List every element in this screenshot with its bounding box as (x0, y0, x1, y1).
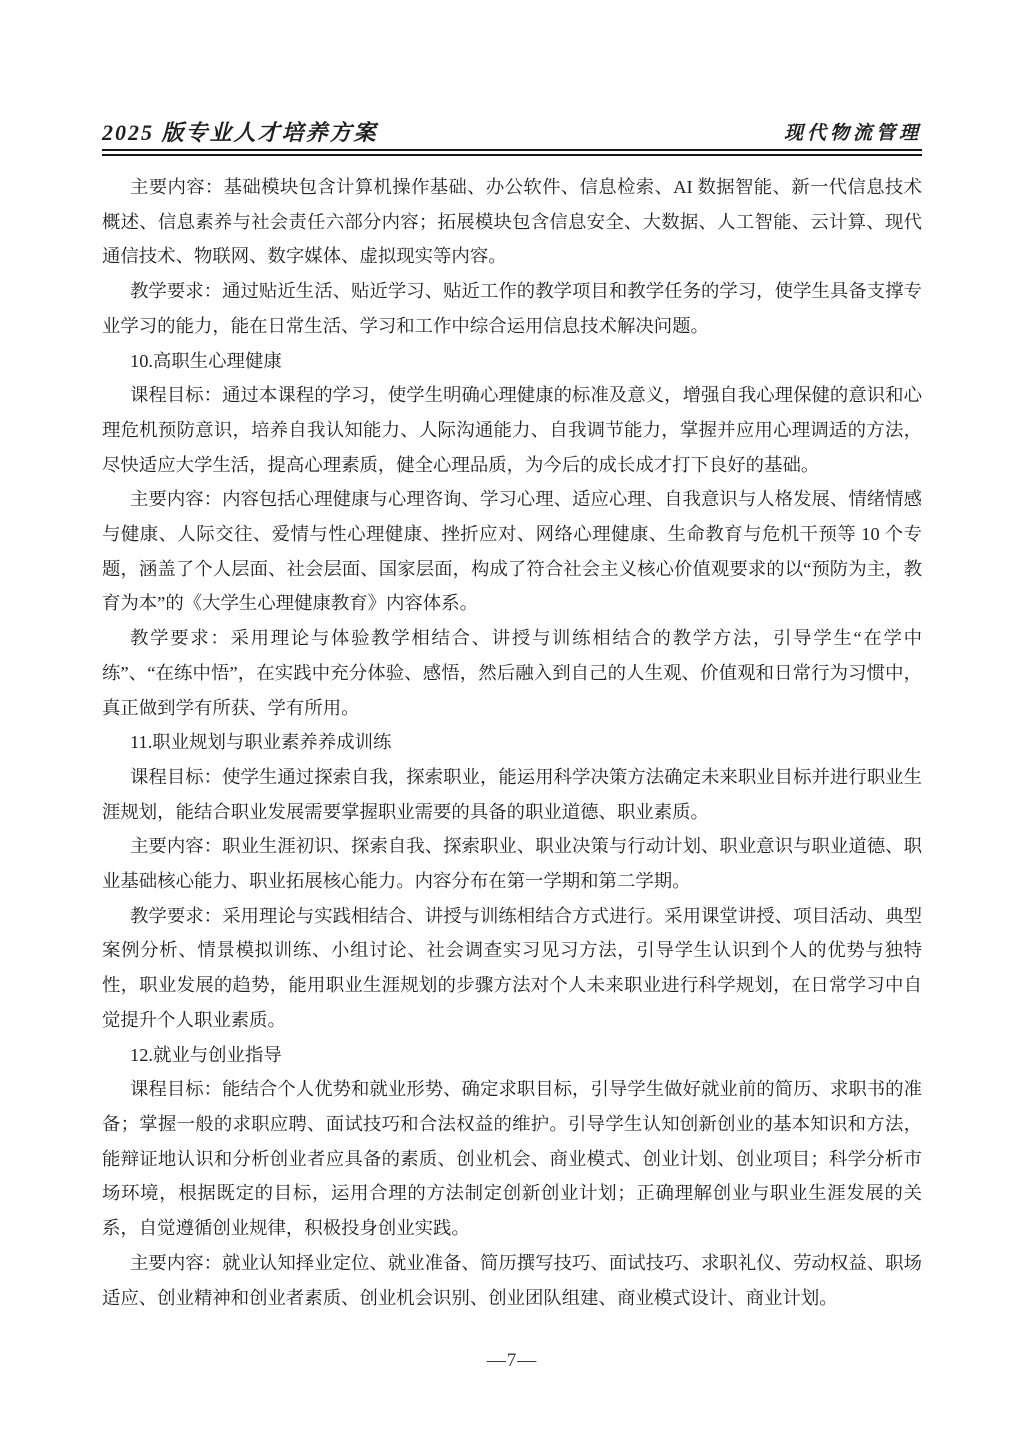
paragraph-main-content-12: 主要内容：就业认知择业定位、就业准备、简历撰写技巧、面试技巧、求职礼仪、劳动权益… (102, 1246, 922, 1315)
page-header: 2025 版专业人才培养方案 现代物流管理 (102, 120, 922, 146)
page-footer: —7— (0, 1350, 1024, 1372)
header-double-rule (102, 149, 922, 156)
document-page: 2025 版专业人才培养方案 现代物流管理 主要内容：基础模块包含计算机操作基础… (0, 0, 1024, 1448)
paragraph-course-goals-11: 课程目标：使学生通过探索自我，探索职业，能运用科学决策方法确定未来职业目标并进行… (102, 760, 922, 829)
section-heading-10: 10.高职生心理健康 (102, 344, 922, 379)
paragraph-teaching-requirements-10: 教学要求：采用理论与体验教学相结合、讲授与训练相结合的教学方法，引导学生“在学中… (102, 621, 922, 725)
paragraph-main-content-9: 主要内容：基础模块包含计算机操作基础、办公软件、信息检索、AI 数据智能、新一代… (102, 170, 922, 274)
header-right-title: 现代物流管理 (784, 122, 922, 146)
paragraph-main-content-10: 主要内容：内容包括心理健康与心理咨询、学习心理、适应心理、自我意识与人格发展、情… (102, 482, 922, 621)
paragraph-teaching-requirements-11: 教学要求：采用理论与实践相结合、讲授与训练相结合方式进行。采用课堂讲授、项目活动… (102, 899, 922, 1038)
paragraph-course-goals-10: 课程目标：通过本课程的学习，使学生明确心理健康的标准及意义，增强自我心理保健的意… (102, 378, 922, 482)
paragraph-teaching-requirements-9: 教学要求：通过贴近生活、贴近学习、贴近工作的教学项目和教学任务的学习，使学生具备… (102, 274, 922, 343)
paragraph-course-goals-12: 课程目标：能结合个人优势和就业形势、确定求职目标，引导学生做好就业前的简历、求职… (102, 1072, 922, 1246)
section-heading-11: 11.职业规划与职业素养养成训练 (102, 725, 922, 760)
section-heading-12: 12.就业与创业指导 (102, 1038, 922, 1073)
paragraph-main-content-11: 主要内容：职业生涯初识、探索自我、探索职业、职业决策与行动计划、职业意识与职业道… (102, 829, 922, 898)
page-number: —7— (487, 1350, 538, 1371)
header-left-title: 2025 版专业人才培养方案 (102, 120, 378, 146)
document-body: 主要内容：基础模块包含计算机操作基础、办公软件、信息检索、AI 数据智能、新一代… (102, 170, 922, 1315)
